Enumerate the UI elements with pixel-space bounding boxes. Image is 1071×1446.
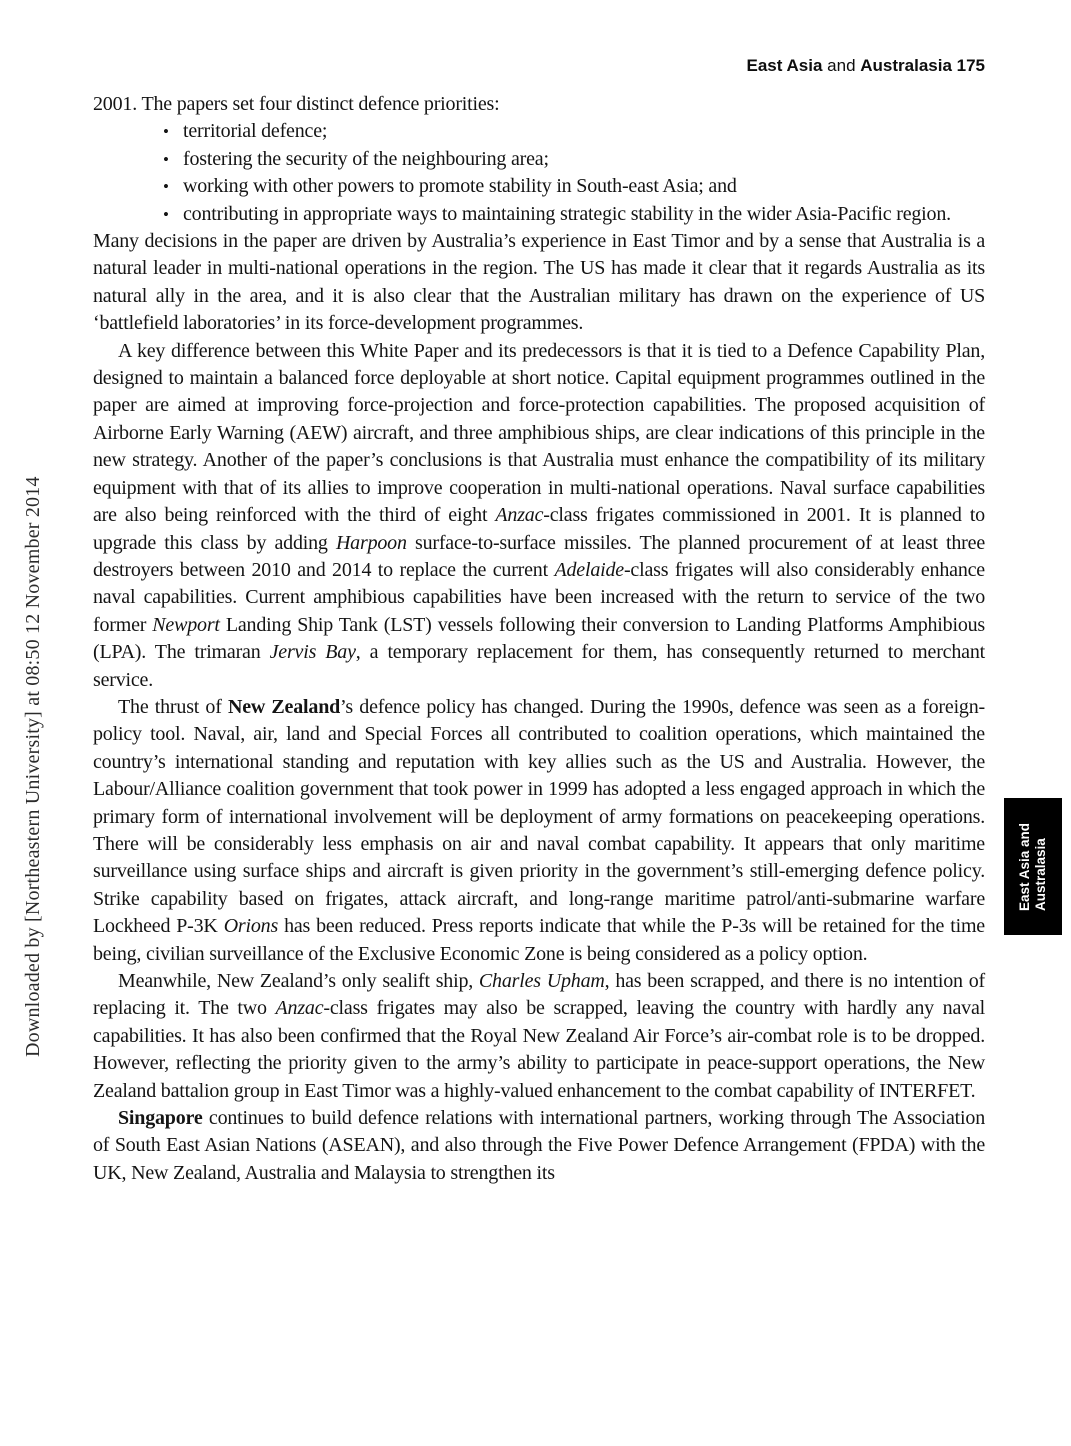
bullet-item: •contributing in appropriate ways to mai… xyxy=(93,201,985,228)
bullet-item: •fostering the security of the neighbour… xyxy=(93,146,985,173)
text-segment: Australasia 175 xyxy=(860,56,985,75)
bullet-text: territorial defence; xyxy=(183,118,985,145)
text-segment: East Asia xyxy=(747,56,823,75)
text-segment: Singapore xyxy=(118,1107,203,1129)
text-segment: Many decisions in the paper are driven b… xyxy=(93,230,985,334)
text-segment: 2001. The papers set four distinct defen… xyxy=(93,93,500,115)
bullet-text: contributing in appropriate ways to main… xyxy=(183,201,985,228)
text-segment: Anzac xyxy=(276,997,324,1019)
text-segment: New Zealand xyxy=(228,696,340,718)
bullet-icon: • xyxy=(163,118,183,145)
text-segment: fostering the security of the neighbouri… xyxy=(183,148,549,170)
bullet-text: fostering the security of the neighbouri… xyxy=(183,146,985,173)
bullet-item: •territorial defence; xyxy=(93,118,985,145)
text-segment: Newport xyxy=(152,614,220,636)
text-segment: contributing in appropriate ways to main… xyxy=(183,203,951,225)
paragraph: 2001. The papers set four distinct defen… xyxy=(93,91,985,118)
section-side-tab-label: East Asia and Australasia xyxy=(1017,822,1049,910)
text-segment: working with other powers to promote sta… xyxy=(183,175,737,197)
download-watermark-text: Downloaded by [Northeastern University] … xyxy=(22,427,45,1057)
text-segment: continues to build defence relations wit… xyxy=(93,1107,985,1184)
text-segment: Adelaide xyxy=(554,559,623,581)
running-header: East Asia and Australasia 175 xyxy=(93,55,985,77)
bullet-text: working with other powers to promote sta… xyxy=(183,173,985,200)
text-segment: Anzac xyxy=(495,504,543,526)
side-tab-line1: East Asia and xyxy=(1017,822,1033,910)
paragraph: The thrust of New Zealand’s defence poli… xyxy=(93,694,985,968)
text-segment: Meanwhile, New Zealand’s only sealift sh… xyxy=(118,970,479,992)
body-text: 2001. The papers set four distinct defen… xyxy=(93,91,985,1187)
text-segment: and xyxy=(822,56,860,75)
text-segment: Jervis Bay xyxy=(270,641,356,663)
bullet-icon: • xyxy=(163,146,183,173)
text-segment: Charles Upham xyxy=(479,970,605,992)
text-segment: Harpoon xyxy=(336,532,407,554)
text-segment: Orions xyxy=(224,915,278,937)
text-segment: territorial defence; xyxy=(183,120,327,142)
text-segment: A key difference between this White Pape… xyxy=(93,340,985,526)
bullet-icon: • xyxy=(163,201,183,228)
paragraph: A key difference between this White Pape… xyxy=(93,338,985,694)
text-segment: ’s defence policy has changed. During th… xyxy=(93,696,985,937)
paragraph: Singapore continues to build defence rel… xyxy=(93,1105,985,1187)
bullet-item: •working with other powers to promote st… xyxy=(93,173,985,200)
side-tab-line2: Australasia xyxy=(1033,822,1049,910)
section-side-tab: East Asia and Australasia xyxy=(1004,798,1062,935)
text-column: East Asia and Australasia 175 2001. The … xyxy=(93,55,985,1187)
paragraph: Many decisions in the paper are driven b… xyxy=(93,228,985,338)
text-segment: The thrust of xyxy=(118,696,228,718)
paragraph: Meanwhile, New Zealand’s only sealift sh… xyxy=(93,968,985,1105)
scanned-book-page: Downloaded by [Northeastern University] … xyxy=(0,0,1071,1446)
bullet-icon: • xyxy=(163,173,183,200)
